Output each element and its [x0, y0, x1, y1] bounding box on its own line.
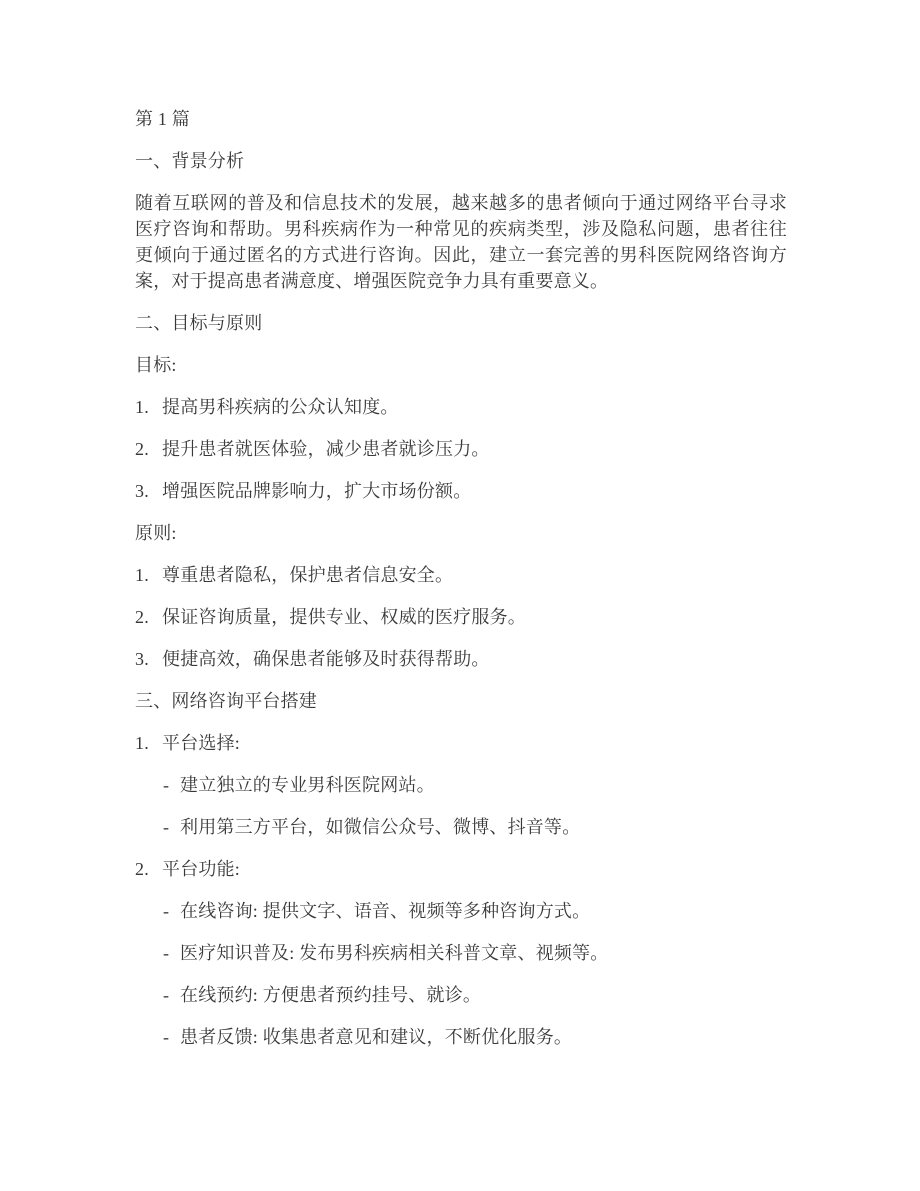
goal-item-1: 1. 提高男科疾病的公众认知度。 [135, 394, 787, 420]
principle-item-2: 2. 保证咨询质量，提供专业、权威的医疗服务。 [135, 604, 787, 630]
item-number: 1. [135, 562, 162, 588]
platform-selection-sub-item-1: - 建立独立的专业男科医院网站。 [163, 772, 787, 798]
dash-marker: - [163, 814, 180, 840]
item-number: 2. [135, 436, 162, 462]
document-page: 第 1 篇 一、背景分析 随着互联网的普及和信息技术的发展，越来越多的患者倾向于… [0, 0, 920, 1191]
item-number: 2. [135, 604, 162, 630]
principle-item-1: 1. 尊重患者隐私，保护患者信息安全。 [135, 562, 787, 588]
item-text: 医疗知识普及: 发布男科疾病相关科普文章、视频等。 [180, 940, 787, 966]
dash-marker: - [163, 1024, 180, 1050]
item-text: 在线咨询: 提供文字、语音、视频等多种咨询方式。 [180, 898, 787, 924]
item-number: 1. [135, 394, 162, 420]
item-text: 患者反馈: 收集患者意见和建议，不断优化服务。 [180, 1024, 787, 1050]
platform-function-sub-item-4: - 患者反馈: 收集患者意见和建议，不断优化服务。 [163, 1024, 787, 1050]
goals-label: 目标: [135, 352, 787, 378]
platform-function-item: 2. 平台功能: [135, 856, 787, 882]
principle-item-3: 3. 便捷高效，确保患者能够及时获得帮助。 [135, 646, 787, 672]
item-text: 尊重患者隐私，保护患者信息安全。 [162, 562, 787, 588]
item-text: 提升患者就医体验，减少患者就诊压力。 [162, 436, 787, 462]
item-text: 保证咨询质量，提供专业、权威的医疗服务。 [162, 604, 787, 630]
item-text: 增强医院品牌影响力，扩大市场份额。 [162, 478, 787, 504]
principles-label: 原则: [135, 520, 787, 546]
dash-marker: - [163, 982, 180, 1008]
item-text: 平台选择: [162, 730, 787, 756]
item-text: 便捷高效，确保患者能够及时获得帮助。 [162, 646, 787, 672]
dash-marker: - [163, 772, 180, 798]
item-text: 提高男科疾病的公众认知度。 [162, 394, 787, 420]
section-1-heading: 一、背景分析 [135, 148, 787, 174]
goal-item-3: 3. 增强医院品牌影响力，扩大市场份额。 [135, 478, 787, 504]
platform-selection-item: 1. 平台选择: [135, 730, 787, 756]
item-text: 建立独立的专业男科医院网站。 [180, 772, 787, 798]
item-text: 在线预约: 方便患者预约挂号、就诊。 [180, 982, 787, 1008]
section-2-heading: 二、目标与原则 [135, 310, 787, 336]
item-text: 利用第三方平台，如微信公众号、微博、抖音等。 [180, 814, 787, 840]
item-number: 3. [135, 646, 162, 672]
dash-marker: - [163, 898, 180, 924]
platform-function-sub-item-1: - 在线咨询: 提供文字、语音、视频等多种咨询方式。 [163, 898, 787, 924]
platform-function-sub-item-2: - 医疗知识普及: 发布男科疾病相关科普文章、视频等。 [163, 940, 787, 966]
item-number: 1. [135, 730, 162, 756]
item-text: 平台功能: [162, 856, 787, 882]
item-number: 3. [135, 478, 162, 504]
item-number: 2. [135, 856, 162, 882]
section-3-heading: 三、网络咨询平台搭建 [135, 688, 787, 714]
goal-item-2: 2. 提升患者就医体验，减少患者就诊压力。 [135, 436, 787, 462]
background-paragraph: 随着互联网的普及和信息技术的发展，越来越多的患者倾向于通过网络平台寻求医疗咨询和… [135, 190, 787, 294]
platform-selection-sub-item-2: - 利用第三方平台，如微信公众号、微博、抖音等。 [163, 814, 787, 840]
platform-function-sub-item-3: - 在线预约: 方便患者预约挂号、就诊。 [163, 982, 787, 1008]
dash-marker: - [163, 940, 180, 966]
part-label: 第 1 篇 [135, 106, 787, 132]
